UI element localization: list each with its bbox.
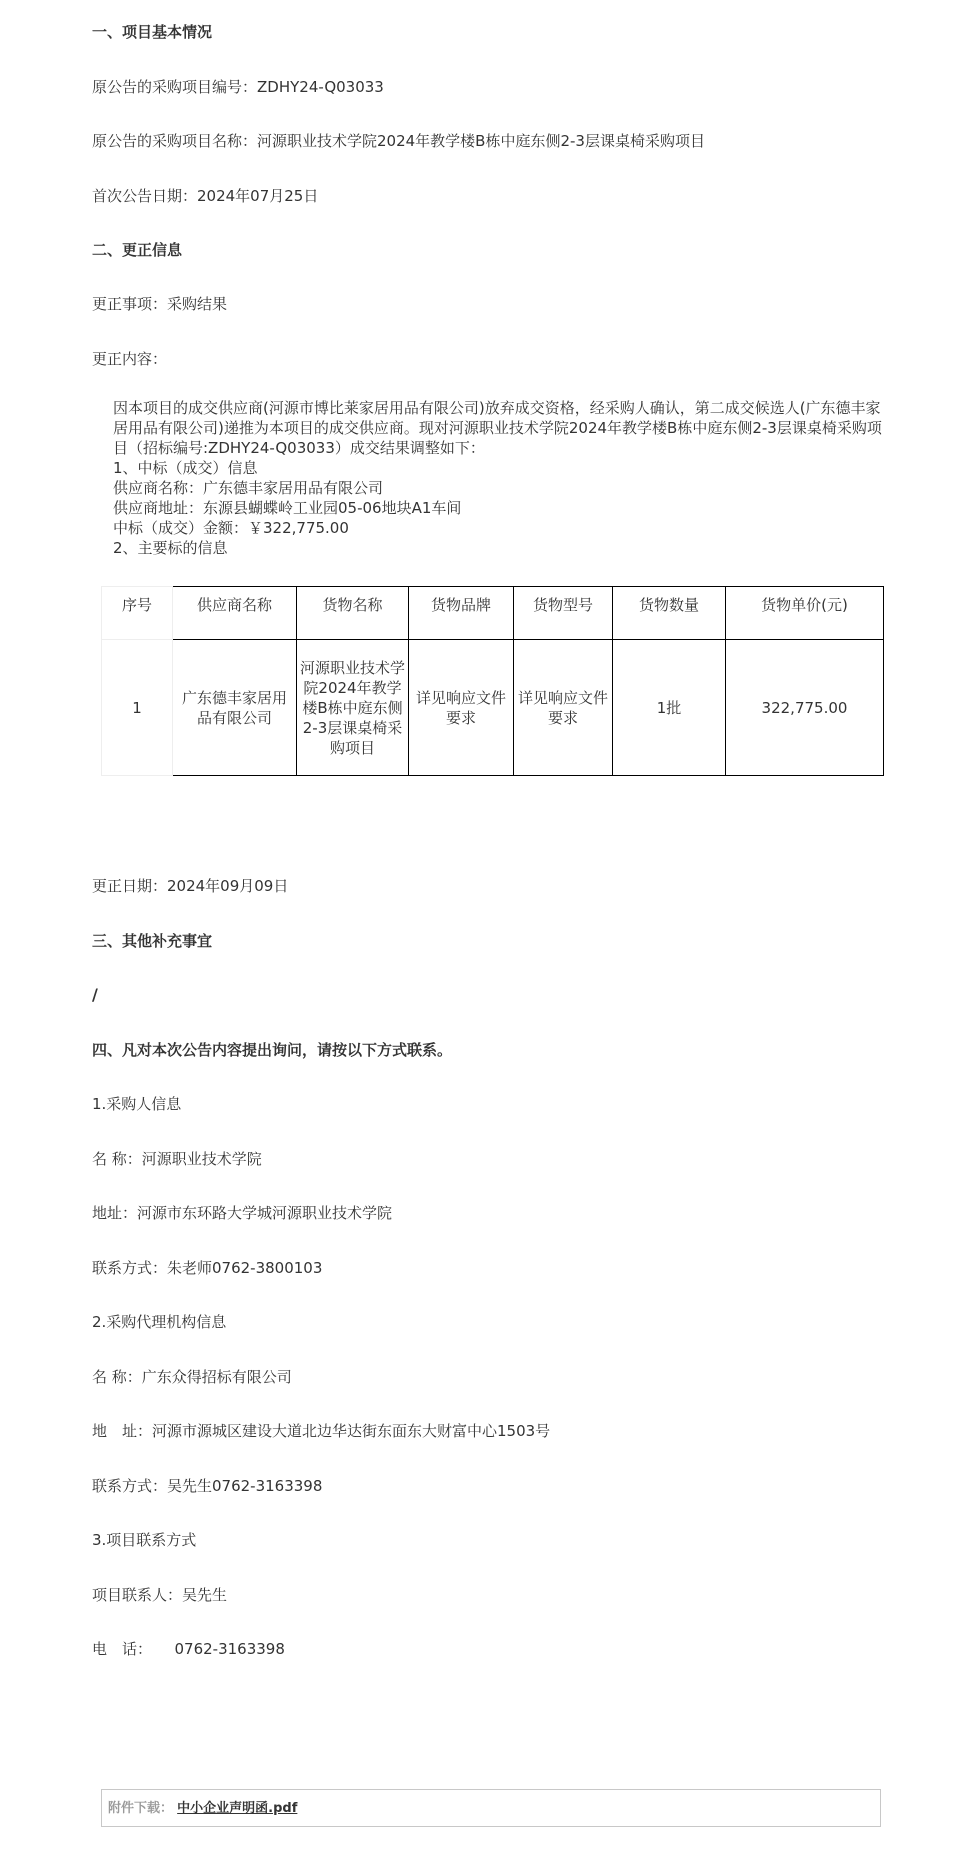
correction-content-label: 更正内容： (92, 349, 167, 369)
header-cell: 货物型号 (514, 587, 613, 640)
agency-title: 2.采购代理机构信息 (92, 1312, 226, 1332)
project-contact-title: 3.项目联系方式 (92, 1530, 196, 1550)
correction-item: 更正事项：采购结果 (92, 294, 227, 314)
cell-goods-name: 河源职业技术学院2024年教学楼B栋中庭东侧2-3层课桌椅采购项目 (297, 640, 409, 776)
agency-name: 名 称：广东众得招标有限公司 (92, 1367, 292, 1387)
cell-brand: 详见响应文件要求 (409, 640, 514, 776)
purchaser-address: 地址：河源市东环路大学城河源职业技术学院 (92, 1203, 392, 1223)
section1-heading: 一、项目基本情况 (92, 22, 212, 42)
header-cell: 货物名称 (297, 587, 409, 640)
cell-unit-price: 322,775.00 (726, 640, 884, 776)
table-header-row: 序号 供应商名称 货物名称 货物品牌 货物型号 货物数量 货物单价(元) (102, 587, 884, 640)
purchaser-title: 1.采购人信息 (92, 1094, 181, 1114)
section4-heading: 四、凡对本次公告内容提出询问，请按以下方式联系。 (92, 1040, 452, 1060)
correction-date: 更正日期：2024年09月09日 (92, 876, 288, 896)
supplier-address: 供应商地址：东源县蝴蝶岭工业园05-06地块A1车间 (113, 498, 883, 518)
cell-index: 1 (102, 640, 173, 776)
correction-paragraph: 因本项目的成交供应商(河源市博比莱家居用品有限公司)放弃成交资格，经采购人确认，… (113, 398, 883, 458)
goods-table: 序号 供应商名称 货物名称 货物品牌 货物型号 货物数量 货物单价(元) 1 广… (101, 586, 884, 776)
supplier-name: 供应商名称：广东德丰家居用品有限公司 (113, 478, 883, 498)
attachment-box: 附件下载： 中小企业声明函.pdf (101, 1789, 881, 1827)
cell-supplier: 广东德丰家居用品有限公司 (173, 640, 297, 776)
header-cell: 供应商名称 (173, 587, 297, 640)
agency-address: 地 址：河源市源城区建设大道北边华达街东面东大财富中心1503号 (92, 1421, 550, 1441)
original-project-name: 原公告的采购项目名称：河源职业技术学院2024年教学楼B栋中庭东侧2-3层课桌椅… (92, 131, 705, 151)
correction-content: 因本项目的成交供应商(河源市博比莱家居用品有限公司)放弃成交资格，经采购人确认，… (113, 398, 883, 558)
project-contact-person: 项目联系人：吴先生 (92, 1585, 227, 1605)
purchaser-contact: 联系方式：朱老师0762-3800103 (92, 1258, 322, 1278)
section3-heading: 三、其他补充事宜 (92, 931, 212, 951)
section2-heading: 二、更正信息 (92, 240, 182, 260)
win-amount: 中标（成交）金额：￥322,775.00 (113, 518, 883, 538)
header-cell: 货物单价(元) (726, 587, 884, 640)
agency-contact: 联系方式：吴先生0762-3163398 (92, 1476, 322, 1496)
header-cell: 货物品牌 (409, 587, 514, 640)
section3-content: / (92, 985, 98, 1005)
project-contact-phone: 电 话： 0762-3163398 (92, 1639, 285, 1659)
win-info-title: 1、中标（成交）信息 (113, 458, 883, 478)
purchaser-name: 名 称：河源职业技术学院 (92, 1149, 262, 1169)
cell-quantity: 1批 (613, 640, 726, 776)
table-row: 1 广东德丰家居用品有限公司 河源职业技术学院2024年教学楼B栋中庭东侧2-3… (102, 640, 884, 776)
attachment-download-link[interactable]: 中小企业声明函.pdf (177, 1801, 297, 1816)
header-cell: 序号 (102, 587, 173, 640)
cell-model: 详见响应文件要求 (514, 640, 613, 776)
original-project-number: 原公告的采购项目编号：ZDHY24-Q03033 (92, 77, 384, 97)
goods-title: 2、主要标的信息 (113, 538, 883, 558)
attachment-label: 附件下载： (108, 1801, 173, 1816)
first-announcement-date: 首次公告日期：2024年07月25日 (92, 186, 318, 206)
header-cell: 货物数量 (613, 587, 726, 640)
